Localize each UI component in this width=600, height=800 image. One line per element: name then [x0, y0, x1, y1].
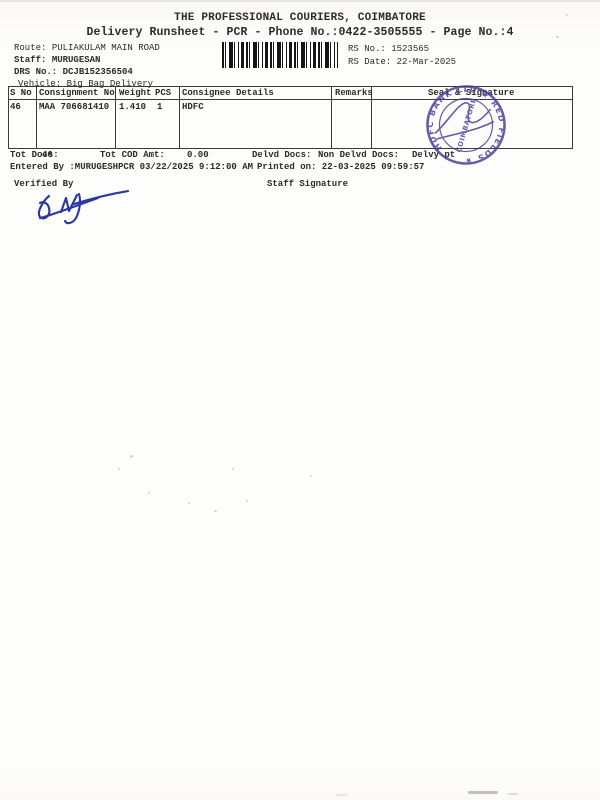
scan-speck: [188, 502, 190, 504]
scan-smudge: [336, 794, 348, 796]
drs-line: DRS No.: DCJB152356504: [14, 67, 133, 78]
entered-by-line: Entered By :MURUGESHPCR 03/22/2025 9:12:…: [10, 162, 253, 173]
scan-speck: [556, 36, 559, 38]
staff-label: Staff:: [14, 55, 46, 65]
staff-line: Staff: MURUGESAN: [14, 55, 100, 66]
header-s-no: S No: [10, 88, 32, 99]
scan-speck: [130, 455, 133, 458]
row-weight: 1.410: [119, 102, 146, 113]
scan-speck: [566, 14, 568, 16]
route-value: PULIAKULAM MAIN ROAD: [52, 43, 160, 53]
scan-speck: [148, 492, 150, 494]
col-divider: [115, 87, 116, 148]
header-remarks: Remarks: [335, 88, 373, 99]
scan-smudge: [508, 793, 518, 795]
delvd-docs-label: Delvd Docs:: [252, 150, 311, 161]
staff-signature-label: Staff Signature: [267, 179, 348, 190]
printed-on-line: Printed on: 22-03-2025 09:59:57: [257, 162, 424, 173]
row-consignee: HDFC: [182, 102, 204, 113]
header-weight: Weight: [119, 88, 151, 99]
staff-value: MURUGESAN: [52, 55, 101, 65]
drs-value: DCJB152356504: [63, 67, 133, 77]
rs-date-value: 22-Mar-2025: [397, 57, 456, 67]
tot-cod-value: 0.00: [187, 150, 209, 161]
scan-speck: [118, 468, 120, 470]
scan-speck: [214, 510, 217, 512]
rs-date-line: RS Date: 22-Mar-2025: [348, 57, 456, 68]
row-consignment-no: MAA 706681410: [39, 102, 109, 113]
col-divider: [179, 87, 180, 148]
table-border-left: [8, 87, 9, 148]
rs-no-value: 1523565: [391, 44, 429, 54]
col-divider: [331, 87, 332, 148]
scan-speck: [232, 468, 234, 470]
scanned-runsheet-page: THE PROFESSIONAL COURIERS, COIMBATORE De…: [0, 0, 600, 800]
signature-icon: [22, 188, 142, 238]
rs-no-line: RS No.: 1523565: [348, 44, 429, 55]
table-border-right: [572, 87, 573, 148]
tot-cod-label: Tot COD Amt:: [100, 150, 165, 161]
scan-edge-artifact: [0, 0, 600, 2]
header-pcs: PCS: [155, 88, 171, 99]
row-pcs: 1: [157, 102, 162, 113]
rs-date-label: RS Date:: [348, 57, 391, 67]
non-delvd-docs-label: Non Delvd Docs:: [318, 150, 399, 161]
header-consignee-details: Consignee Details: [182, 88, 274, 99]
row-s-no: 46: [10, 102, 21, 113]
hdfc-bank-stamp-icon: HDFC BANK LTD ★ RED FIELDS ★ COIMBATORE: [414, 73, 518, 177]
col-divider: [36, 87, 37, 148]
route-line: Route: PULIAKULAM MAIN ROAD: [14, 43, 160, 54]
scan-speck: [310, 475, 312, 477]
tot-docs-value: 46: [42, 150, 53, 161]
company-title: THE PROFESSIONAL COURIERS, COIMBATORE: [0, 13, 600, 24]
route-label: Route:: [14, 43, 46, 53]
drs-label: DRS No.:: [14, 67, 57, 77]
scan-speck: [246, 500, 248, 502]
barcode: [222, 42, 338, 68]
rs-no-label: RS No.:: [348, 44, 386, 54]
runsheet-subtitle: Delivery Runsheet - PCR - Phone No.:0422…: [0, 27, 600, 38]
header-consignment-no: Consignment No: [39, 88, 115, 99]
scan-smudge: [468, 791, 498, 794]
stamp-center-text: COIMBATORE: [455, 97, 478, 153]
